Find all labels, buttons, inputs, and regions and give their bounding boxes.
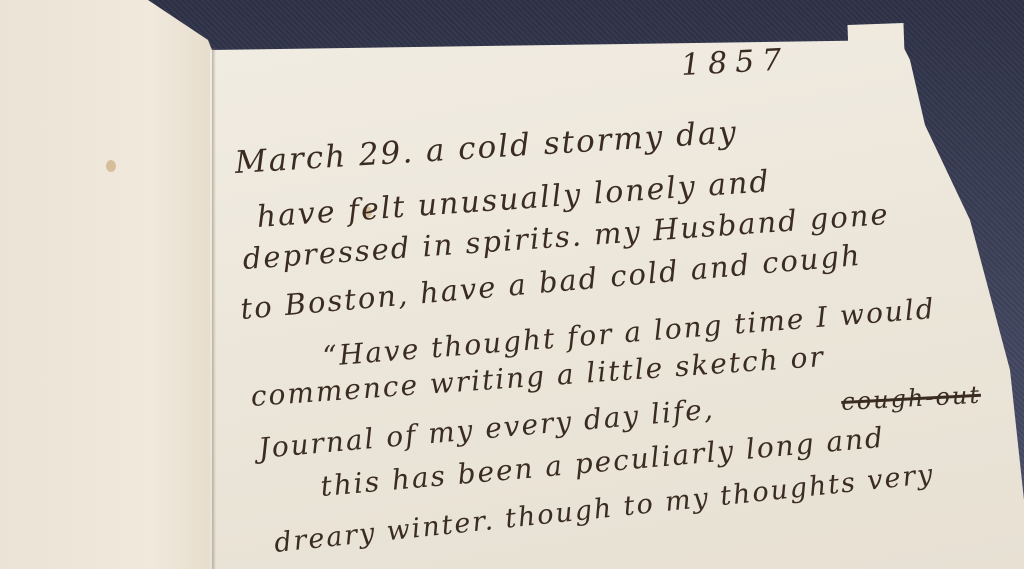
paper-stain xyxy=(106,160,116,172)
diary-year: 1857 xyxy=(680,42,790,83)
left-blank-page xyxy=(0,0,216,569)
book-gutter xyxy=(212,48,216,569)
